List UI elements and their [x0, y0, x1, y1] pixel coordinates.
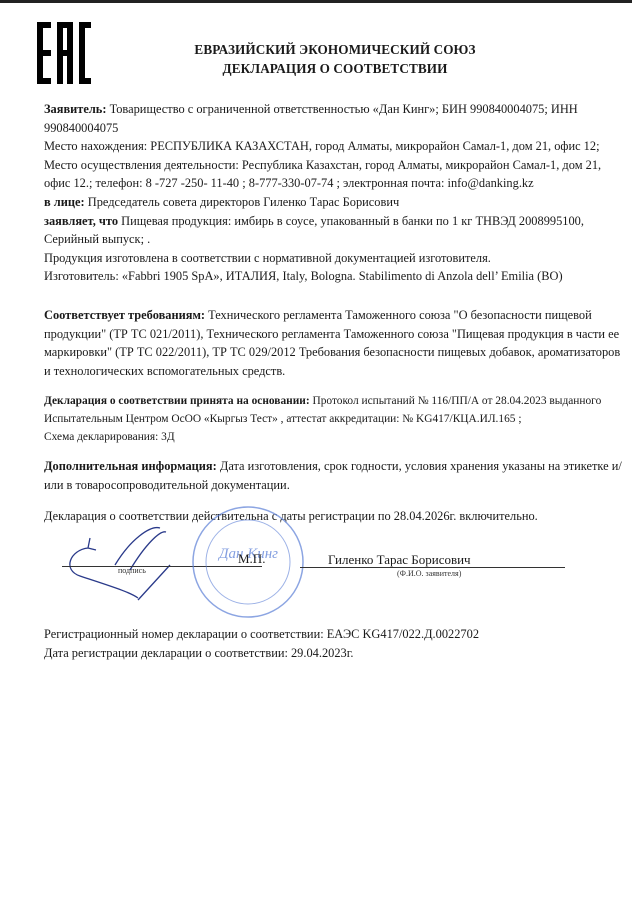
title-declaration: ДЕКЛАРАЦИЯ О СООТВЕТСТВИИ — [170, 59, 500, 78]
applicant-label: Заявитель: — [44, 102, 107, 116]
registration-section: Регистрационный номер декларации о соотв… — [44, 625, 624, 662]
top-edge-bar — [0, 0, 632, 3]
basis-section: Декларация о соответствии принята на осн… — [44, 392, 624, 446]
eac-mark-icon — [37, 22, 91, 84]
applicant-section: Заявитель: Товарищество с ограниченной о… — [44, 100, 624, 286]
signatory-name: Гиленко Тарас Борисович — [328, 552, 471, 568]
manufacturer-text: Изготовитель: «Fabbri 1905 SpA», ИТАЛИЯ,… — [44, 269, 563, 283]
declares-text: Пищевая продукция: имбирь в соусе, упако… — [44, 214, 584, 247]
represented-label: в лице: — [44, 195, 85, 209]
requirements-label: Соответствует требованиям: — [44, 308, 205, 322]
registration-date: Дата регистрации декларации о соответств… — [44, 646, 354, 660]
production-text: Продукция изготовлена в соответствии с н… — [44, 251, 491, 265]
scheme-text: Схема декларирования: 3Д — [44, 431, 175, 443]
represented-text: Председатель совета директоров Гиленко Т… — [85, 195, 400, 209]
signature-caption: подпись — [118, 566, 146, 575]
document-title: ЕВРАЗИЙСКИЙ ЭКОНОМИЧЕСКИЙ СОЮЗ ДЕКЛАРАЦИ… — [170, 40, 500, 78]
declares-label: заявляет, что — [44, 214, 118, 228]
applicant-text: Товарищество с ограниченной ответственно… — [44, 102, 578, 135]
registration-number: Регистрационный номер декларации о соотв… — [44, 627, 479, 641]
applicant-address: Место нахождения: РЕСПУБЛИКА КАЗАХСТАН, … — [44, 139, 601, 190]
additional-label: Дополнительная информация: — [44, 459, 217, 473]
stamp-place-label: М.П. — [238, 551, 265, 567]
additional-section: Дополнительная информация: Дата изготовл… — [44, 457, 624, 494]
requirements-section: Соответствует требованиям: Технического … — [44, 306, 624, 380]
basis-label: Декларация о соответствии принята на осн… — [44, 395, 310, 407]
name-caption: (Ф.И.О. заявителя) — [397, 569, 461, 578]
title-union: ЕВРАЗИЙСКИЙ ЭКОНОМИЧЕСКИЙ СОЮЗ — [170, 40, 500, 59]
